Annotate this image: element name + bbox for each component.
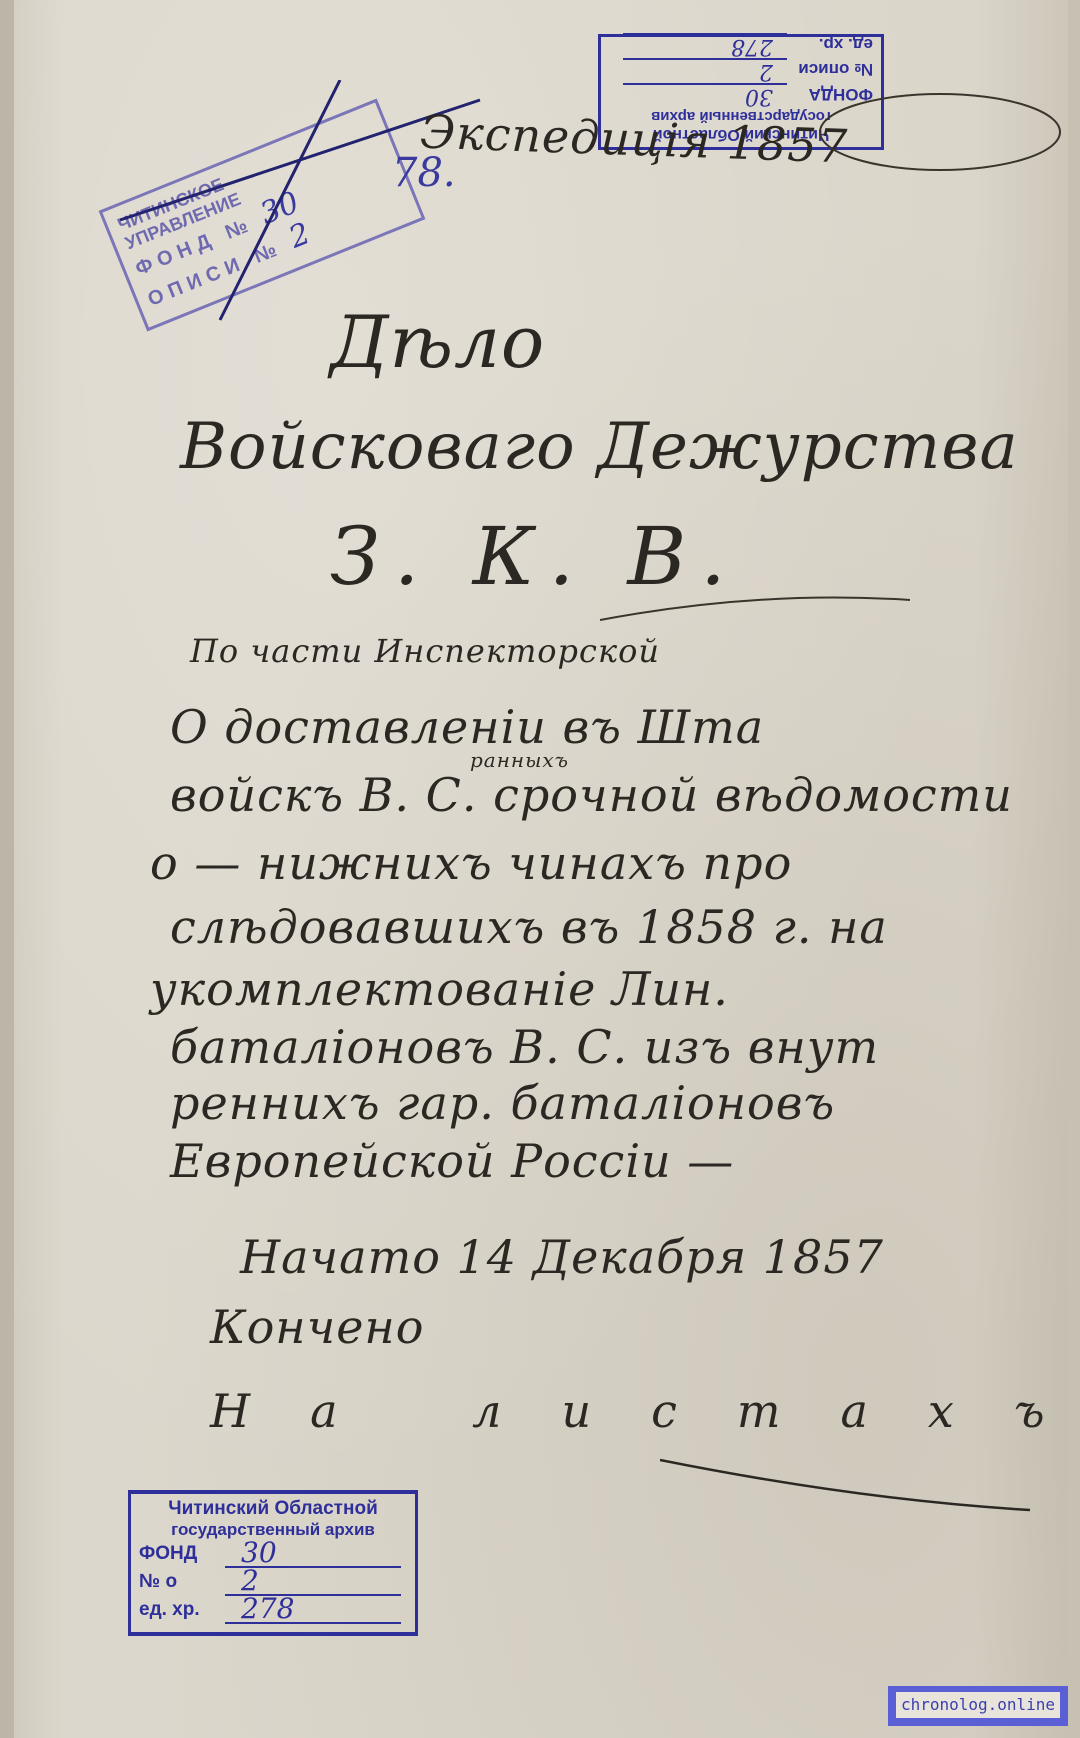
archive-stamp: Читинский Областной государственный архи… <box>128 1490 418 1636</box>
subject-line-3: о — нижнихъ чинахъ про <box>150 836 792 890</box>
office-name: Войсковаго Дежурства <box>180 410 1019 484</box>
page-edge-left <box>0 0 14 1738</box>
sheets-label: На листахъ <box>210 1384 1080 1438</box>
watermark-badge: chronolog.online <box>888 1686 1068 1726</box>
inverted-stamp-opis-label: № описи <box>787 58 873 81</box>
stamp-item-value: 278 <box>225 1596 401 1624</box>
document-title: Дѣло <box>330 300 545 384</box>
finished-label: Кончено <box>210 1300 424 1354</box>
subject-line-4: слѣдовавшихъ въ 1858 г. на <box>170 900 888 954</box>
subject-line-2: войскъ В. С. срочной вѣдомости <box>170 768 1013 822</box>
stamp-item-row: ед. хр. 278 <box>139 1596 407 1624</box>
inverted-stamp-opis-row: № описи 2 <box>609 58 873 83</box>
page-edge-right <box>1068 0 1080 1738</box>
inverted-stamp-item-row: ед. хр. 278 <box>609 33 873 58</box>
department: По части Инспекторской <box>190 632 660 670</box>
old-stamp-opis-value: 2 <box>284 216 315 256</box>
subject-line-6: баталіоновъ В. С. изъ внут <box>170 1020 879 1074</box>
stamp-fond-row: ФОНД 30 <box>139 1540 407 1568</box>
inverted-stamp-fond-value: 30 <box>623 83 787 108</box>
subject-line-1: О доставленіи въ Шта <box>170 700 764 754</box>
stamp-fond-label: ФОНД <box>139 1540 225 1568</box>
inverted-stamp-opis-value: 2 <box>623 58 787 83</box>
started-date: Начато 14 Декабря 1857 <box>240 1230 884 1284</box>
subject-line-8: Европейской Россіи — <box>170 1134 734 1188</box>
unit-abbreviation: З. К. В. <box>330 510 740 603</box>
stamp-item-label: ед. хр. <box>139 1596 225 1624</box>
inverted-stamp-fond-label: ФОНДА <box>787 83 873 106</box>
inverted-stamp-item-value: 278 <box>623 33 787 58</box>
inverted-stamp-item-label: ед. хр. <box>787 33 873 56</box>
inverted-stamp-fond-row: ФОНДА 30 <box>609 83 873 108</box>
stamp-opis-label: № о <box>139 1568 225 1596</box>
subject-line-5: укомплектованіе Лин. <box>150 962 729 1016</box>
subject-line-7: реннихъ гар. баталіоновъ <box>170 1076 835 1130</box>
watermark-text: chronolog.online <box>896 1692 1060 1718</box>
stamp-line1: Читинский Областной <box>139 1498 407 1520</box>
